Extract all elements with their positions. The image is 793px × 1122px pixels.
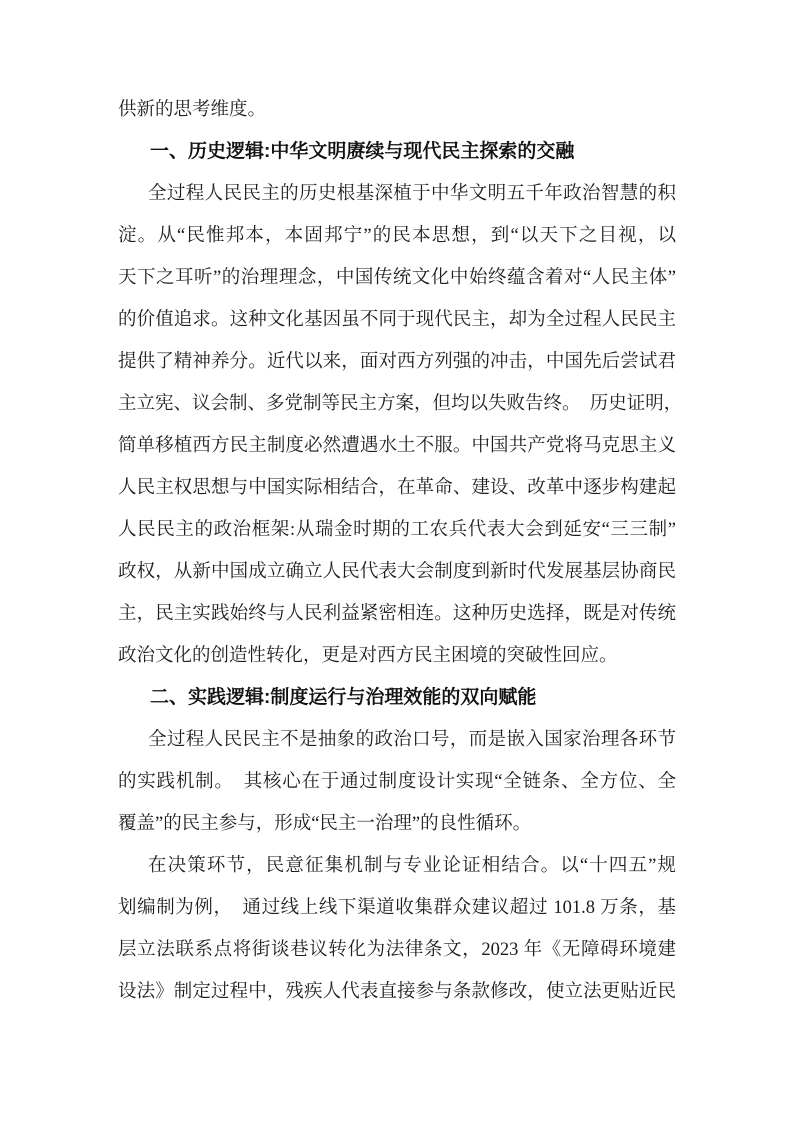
text-column: 供新的思考维度。一、历史逻辑:中华文明赓续与现代民主探索的交融全过程人民民主的历… bbox=[118, 89, 676, 1013]
text-line: 人民主权思想与中国实际相结合，在革命、建设、改革中逐步构建起 bbox=[118, 467, 676, 509]
section-heading: 一、历史逻辑:中华文明赓续与现代民主探索的交融 bbox=[118, 131, 676, 173]
text-line: 层立法联系点将街谈巷议转化为法律条文，2023 年《无障碍环境建 bbox=[118, 929, 676, 971]
text-line: 的价值追求。这种文化基因虽不同于现代民主，却为全过程人民民主 bbox=[118, 299, 676, 341]
text-line: 提供了精神养分。近代以来，面对西方列强的冲击，中国先后尝试君 bbox=[118, 341, 676, 383]
text-line: 政权，从新中国成立确立人民代表大会制度到新时代发展基层协商民 bbox=[118, 551, 676, 593]
text-line: 设法》制定过程中，残疾人代表直接参与条款修改，使立法更贴近民 bbox=[118, 971, 676, 1013]
text-line: 全过程人民民主的历史根基深植于中华文明五千年政治智慧的积 bbox=[118, 173, 676, 215]
text-line: 覆盖”的民主参与，形成“民主一治理”的良性循环。 bbox=[118, 803, 676, 845]
text-line: 主立宪、议会制、多党制等民主方案，但均以失败告终。 历史证明， bbox=[118, 383, 676, 425]
text-line: 供新的思考维度。 bbox=[118, 89, 676, 131]
document-page: 供新的思考维度。一、历史逻辑:中华文明赓续与现代民主探索的交融全过程人民民主的历… bbox=[0, 0, 793, 1122]
text-line: 全过程人民民主不是抽象的政治口号，而是嵌入国家治理各环节 bbox=[118, 719, 676, 761]
text-line: 在决策环节，民意征集机制与专业论证相结合。以“十四五”规 bbox=[118, 845, 676, 887]
text-line: 天下之耳听”的治理理念，中国传统文化中始终蕴含着对“人民主体” bbox=[118, 257, 676, 299]
text-line: 人民民主的政治框架:从瑞金时期的工农兵代表大会到延安“三三制” bbox=[118, 509, 676, 551]
text-line: 简单移植西方民主制度必然遭遇水土不服。中国共产党将马克思主义 bbox=[118, 425, 676, 467]
text-line: 划编制为例， 通过线上线下渠道收集群众建议超过 101.8 万条，基 bbox=[118, 887, 676, 929]
text-line: 淀。从“民惟邦本，本固邦宁”的民本思想，到“以天下之目视，以 bbox=[118, 215, 676, 257]
text-line: 的实践机制。 其核心在于通过制度设计实现“全链条、全方位、全 bbox=[118, 761, 676, 803]
text-line: 主，民主实践始终与人民利益紧密相连。这种历史选择，既是对传统 bbox=[118, 593, 676, 635]
section-heading: 二、实践逻辑:制度运行与治理效能的双向赋能 bbox=[118, 677, 676, 719]
text-line: 政治文化的创造性转化，更是对西方民主困境的突破性回应。 bbox=[118, 635, 676, 677]
